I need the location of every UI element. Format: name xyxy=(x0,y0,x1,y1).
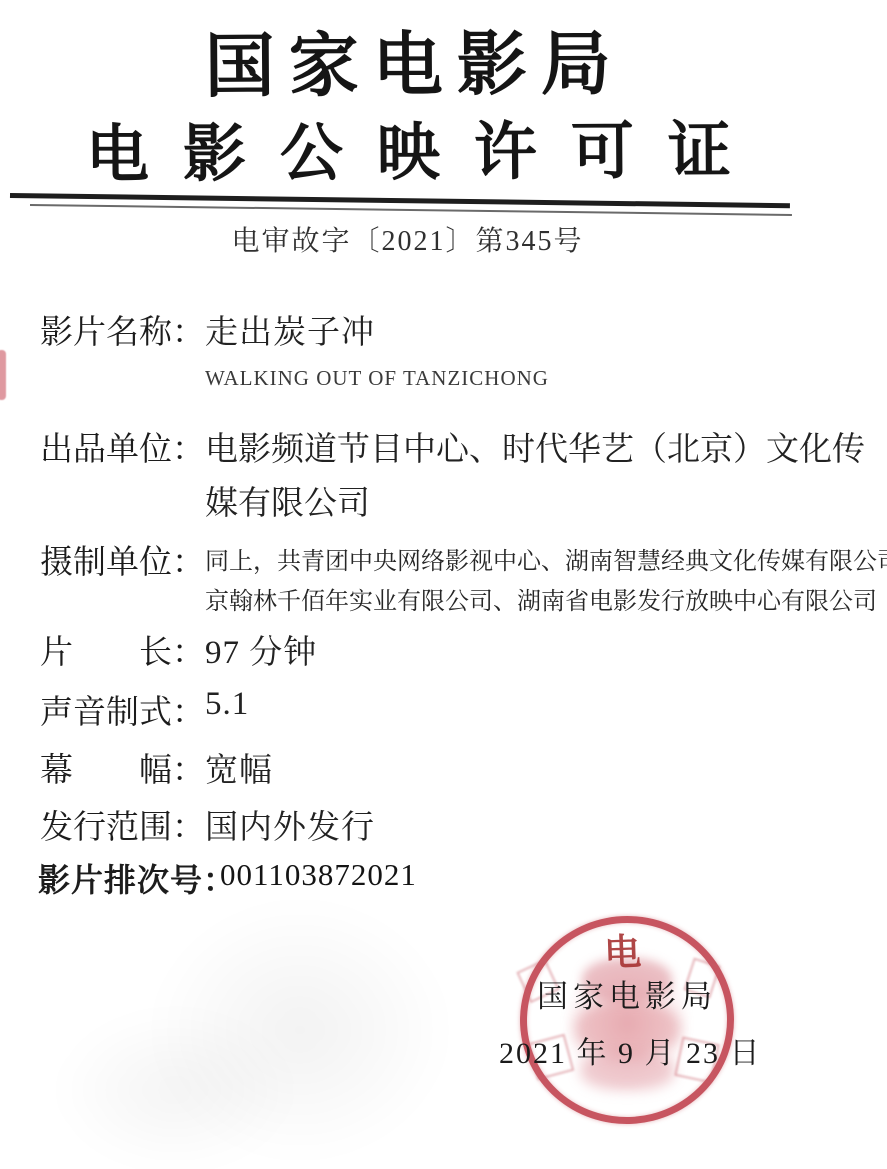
film-title-label: 影片名称： xyxy=(40,306,205,353)
sound-value: 5.1 xyxy=(205,686,249,723)
document-header: 国家电影局 电影公映许可证 xyxy=(0,25,831,191)
producer-value: 电影频道节目中心、时代华艺（北京）文化传 媒有限公司 xyxy=(205,423,865,531)
seal-ring-character: 电 xyxy=(603,921,642,976)
distribution-value: 国内外发行 xyxy=(205,801,375,848)
page-title-line2: 电影公映许可证 xyxy=(0,116,830,191)
field-row-length: 片长： 97 分钟 xyxy=(40,626,317,673)
screen-label-char2: 幅 xyxy=(139,744,172,791)
screen-value: 宽幅 xyxy=(205,744,273,791)
length-label-char1: 片 xyxy=(40,626,73,673)
screen-label-colon: ： xyxy=(172,744,205,791)
production-value-line1: 同上，共青团中央网络影视中心、湖南智慧经典文化传媒有限公司、南 xyxy=(205,542,887,582)
serial-value: 001103872021 xyxy=(220,855,417,893)
field-row-film-title: 影片名称： 走出炭子冲 xyxy=(40,306,375,353)
production-value: 同上，共青团中央网络影视中心、湖南智慧经典文化传媒有限公司、南 京翰林千佰年实业… xyxy=(205,536,887,622)
length-value: 97 分钟 xyxy=(205,626,317,673)
field-row-producer: 出品单位： 电影频道节目中心、时代华艺（北京）文化传 媒有限公司 xyxy=(40,423,865,531)
screen-label-char1: 幕 xyxy=(40,744,73,791)
seal-authority-text: 国家电影局 xyxy=(537,971,717,1016)
permit-number: 电审故字〔2021〕第345号 xyxy=(0,219,815,259)
seal-date-text: 2021 年 9 月 23 日 xyxy=(499,1028,762,1072)
length-label-colon: ： xyxy=(172,626,205,673)
official-seal: 电 xyxy=(520,916,734,1124)
length-label-char2: 长 xyxy=(139,626,172,673)
film-title-value: 走出炭子冲 xyxy=(205,306,375,353)
sound-label: 声音制式： xyxy=(40,686,205,733)
serial-label: 影片排次号： xyxy=(38,855,220,901)
field-row-serial: 影片排次号： 001103872021 xyxy=(38,855,417,901)
producer-value-line2: 媒有限公司 xyxy=(205,477,865,531)
field-row-production: 摄制单位： 同上，共青团中央网络影视中心、湖南智慧经典文化传媒有限公司、南 京翰… xyxy=(40,536,887,622)
field-row-screen: 幕幅： 宽幅 xyxy=(40,744,273,791)
film-title-english: WALKING OUT OF TANZICHONG xyxy=(205,366,549,391)
production-value-line2: 京翰林千佰年实业有限公司、湖南省电影发行放映中心有限公司 xyxy=(205,582,887,622)
field-row-sound: 声音制式： 5.1 xyxy=(40,686,249,733)
field-row-distribution: 发行范围： 国内外发行 xyxy=(40,801,375,848)
page-title-line1: 国家电影局 xyxy=(0,25,830,108)
length-label: 片长： xyxy=(40,626,205,673)
scan-smudge-small xyxy=(55,1010,295,1169)
scan-edge-pink-mark xyxy=(0,350,6,400)
producer-value-line1: 电影频道节目中心、时代华艺（北京）文化传 xyxy=(205,423,865,477)
distribution-label: 发行范围： xyxy=(40,801,205,848)
screen-label: 幕幅： xyxy=(40,744,205,791)
producer-label: 出品单位： xyxy=(40,423,205,470)
production-label: 摄制单位： xyxy=(40,536,205,583)
